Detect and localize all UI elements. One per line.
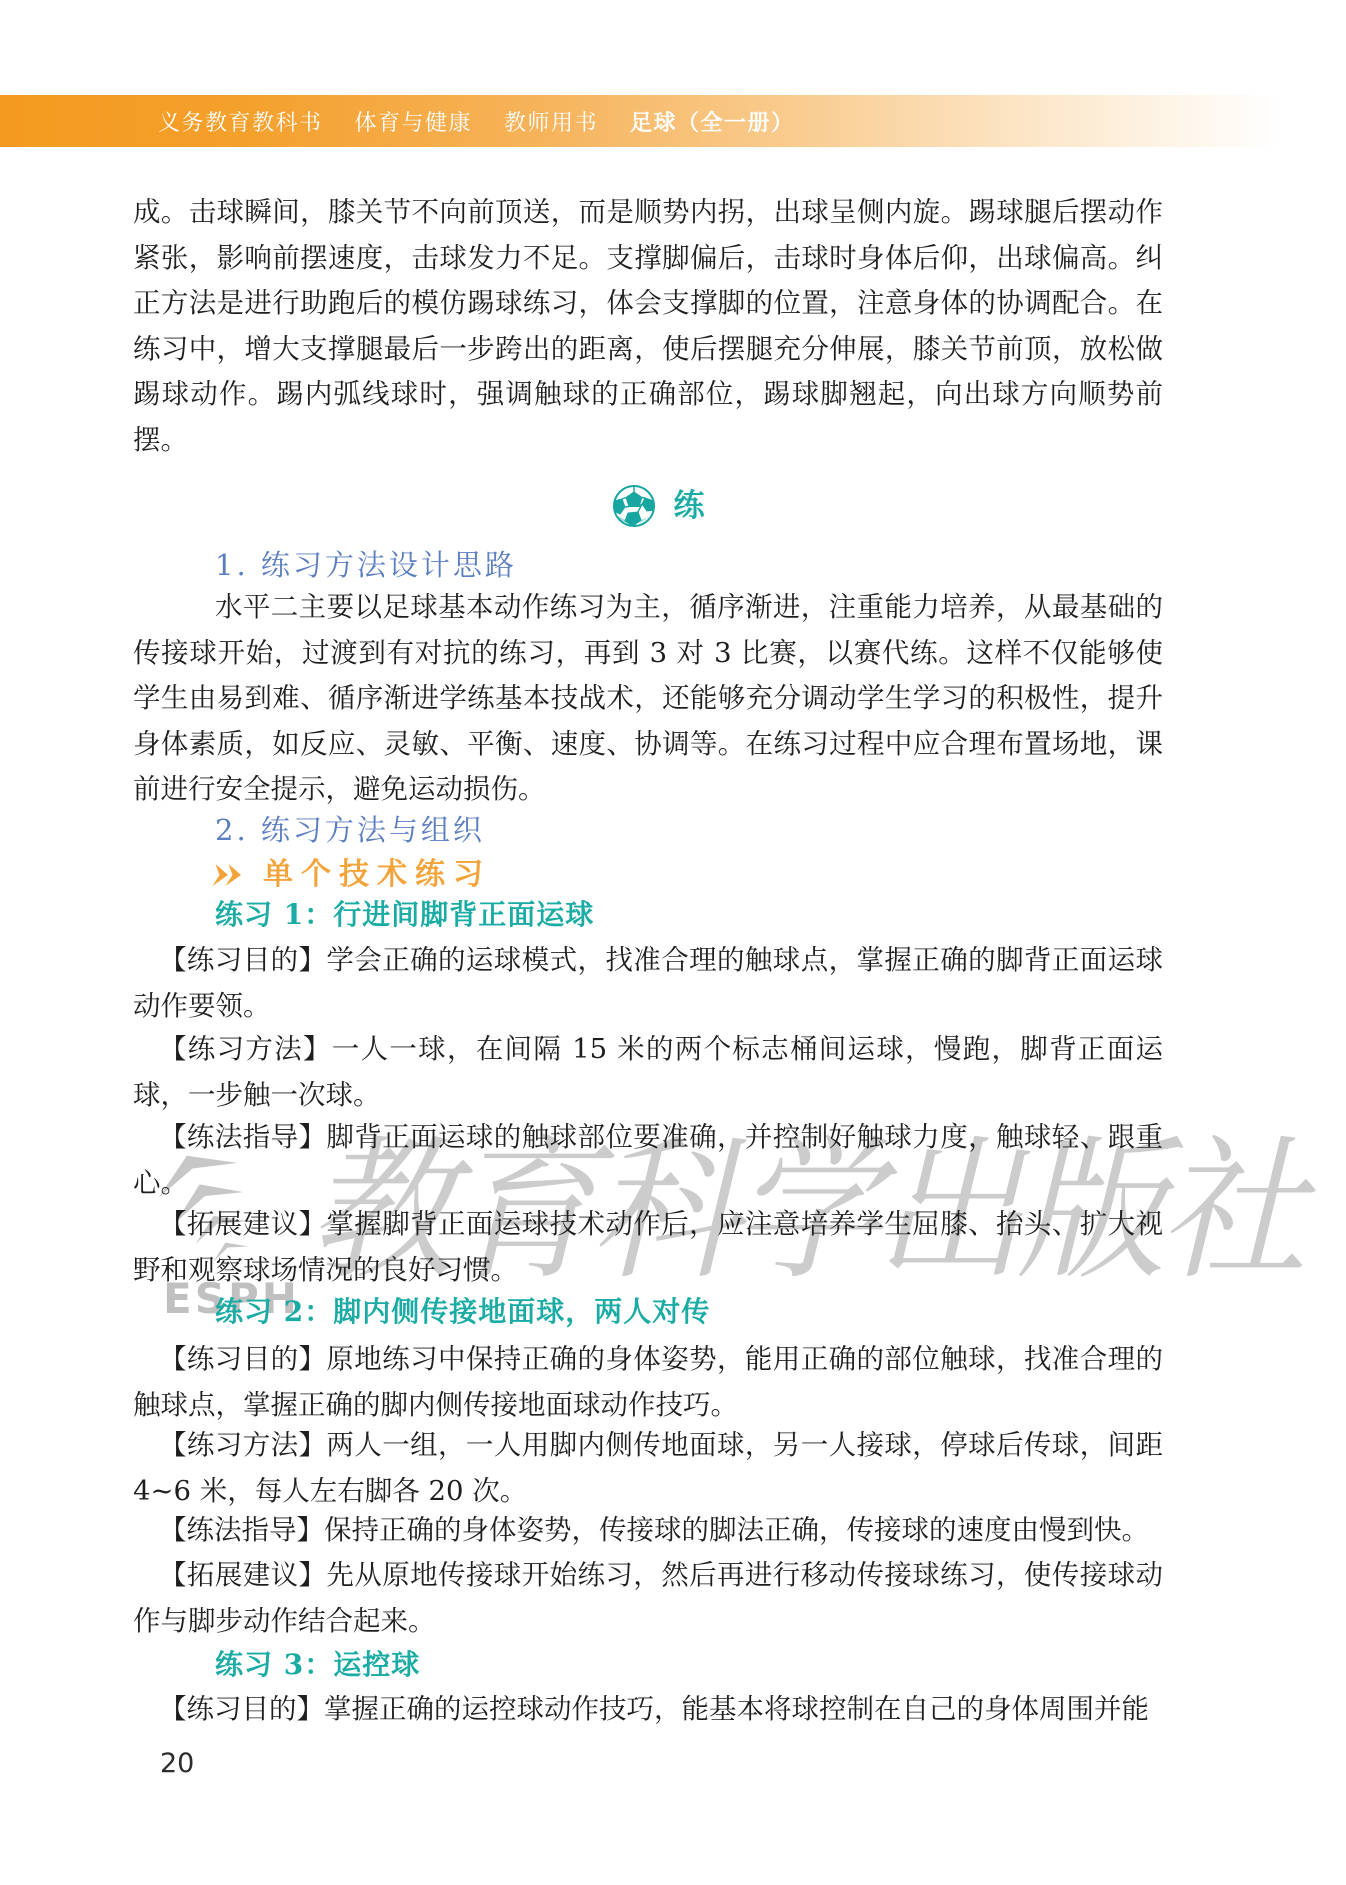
section-heading-organization: 2. 练习方法与组织 (133, 810, 1163, 850)
exercise-2-expand: 【拓展建议】先从原地传接球开始练习，然后再进行移动传接球练习，使传接球动作与脚步… (133, 1553, 1163, 1644)
paragraph-design: 水平二主要以足球基本动作练习为主，循序渐进，注重能力培养，从最基础的传接球开始，… (133, 585, 1163, 813)
exercise-2-title: 练习 2：脚内侧传接地面球，两人对传 (133, 1292, 1163, 1332)
exercise-1-method: 【练习方法】一人一球，在间隔 15 米的两个标志桶间运球，慢跑，脚背正面运球，一… (133, 1027, 1163, 1118)
exercise-2-method: 【练习方法】两人一组，一人用脚内侧传地面球，另一人接球，停球后传球，间距 4~6… (133, 1423, 1163, 1514)
practice-banner-group: 练 (612, 484, 705, 528)
exercise-1-guide: 【练法指导】脚背正面运球的触球部位要准确，并控制好触球力度，触球轻、跟重心。 (133, 1115, 1163, 1206)
section-heading-design: 1. 练习方法设计思路 (133, 545, 1163, 585)
textbook-page: 义务教育教科书 体育与健康 教师用书 足球（全一册） ESPH 教育科学出版社 … (0, 0, 1346, 1885)
subsection-heading-single-skill: 单个技术练习 (133, 855, 1163, 895)
subsection-heading-label: 单个技术练习 (263, 855, 491, 895)
exercise-1-purpose: 【练习目的】学会正确的运球模式，找准合理的触球点，掌握正确的脚背正面运球动作要领… (133, 938, 1163, 1029)
exercise-1-expand: 【拓展建议】掌握脚背正面运球技术动作后，应注意培养学生屈膝、抬头、扩大视野和观察… (133, 1202, 1163, 1293)
exercise-2-guide: 【练法指导】保持正确的身体姿势，传接球的脚法正确，传接球的速度由慢到快。 (133, 1508, 1163, 1554)
page-number: 20 (160, 1748, 194, 1779)
exercise-3-title: 练习 3：运控球 (133, 1645, 1163, 1685)
practice-banner-label: 练 (674, 491, 705, 522)
exercise-1-title: 练习 1：行进间脚背正面运球 (133, 895, 1163, 935)
soccer-ball-icon (612, 484, 656, 528)
double-chevron-icon (211, 862, 249, 888)
exercise-2-purpose: 【练习目的】原地练习中保持正确的身体姿势，能用正确的部位触球，找准合理的触球点，… (133, 1337, 1163, 1428)
paragraph-intro: 成。击球瞬间，膝关节不向前顶送，而是顺势内拐，出球呈侧内旋。踢球腿后摆动作紧张，… (133, 190, 1163, 463)
page-content: 成。击球瞬间，膝关节不向前顶送，而是顺势内拐，出球呈侧内旋。踢球腿后摆动作紧张，… (133, 0, 1163, 1885)
practice-banner: 练 (133, 483, 1163, 529)
exercise-3-purpose: 【练习目的】掌握正确的运控球动作技巧，能基本将球控制在自己的身体周围并能 (133, 1687, 1163, 1733)
